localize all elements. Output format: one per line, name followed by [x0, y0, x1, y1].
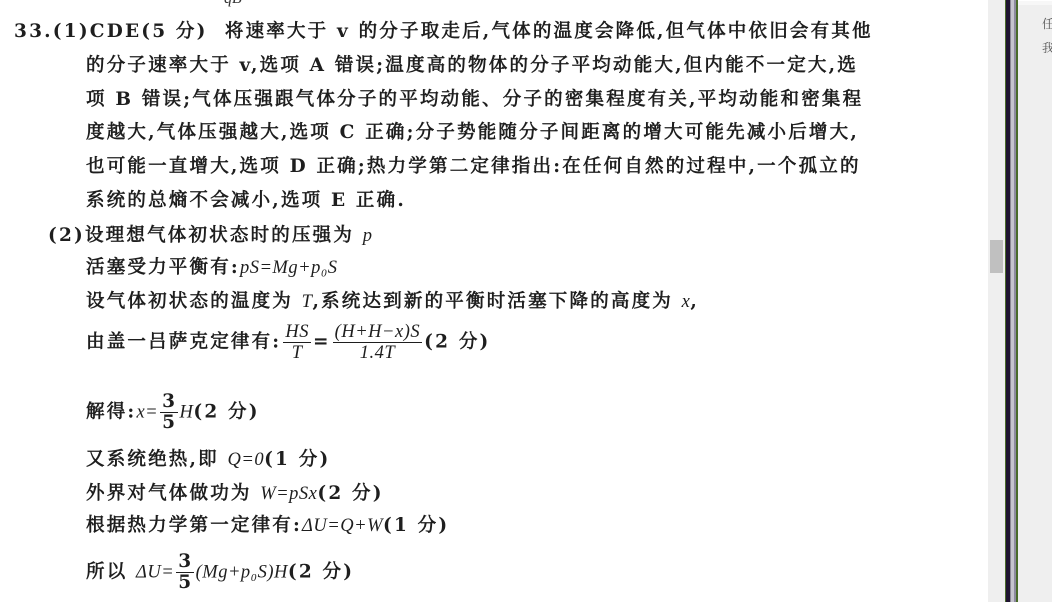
part1-label: (1)CDE(5 分) [53, 21, 208, 42]
previous-content-fragment: qB [224, 0, 242, 8]
side-panel-text: 我 [1042, 39, 1052, 56]
q33-part2-line-3: 设气体初状态的温度为 T,系统达到新的平衡时活塞下降的高度为 x, [86, 290, 699, 314]
q33-part2-line-1: (2)设理想气体初状态时的压强为 p [48, 224, 372, 248]
q33-part2-line-8: 根据热力学第一定律有:ΔU=Q+W(1 分) [86, 514, 449, 538]
score: (2 分) [193, 402, 259, 423]
score: (2 分) [288, 562, 354, 583]
q33-part2-line-6: 又系统绝热,即 Q=0(1 分) [86, 448, 330, 472]
q33-part1-line-4: 度越大,气体压强越大,选项 C 正确;分子势能随分子间距离的增大可能先减小后增大… [86, 121, 859, 145]
q33-part1-line-2: 的分子速率大于 v,选项 A 错误;温度高的物体的分子平均动能大,但内能不一定大… [86, 54, 858, 78]
equilibrium-equation: pS=Mg+p₀S [240, 258, 338, 278]
side-panel: 任 我 [1018, 0, 1052, 602]
score: (2 分) [317, 483, 383, 504]
q33-part1-line-1: 33.(1)CDE(5 分) 将速率大于 v 的分子取走后,气体的温度会降低,但… [14, 20, 873, 44]
fraction-hs-over-t: HST [283, 322, 311, 363]
score: (1 分) [264, 449, 330, 470]
q33-part2-line-5: 解得:x=35H(2 分) [86, 392, 260, 433]
fraction-gay-lussac: (H+H−x)S1.4T [333, 322, 422, 363]
q33-part2-line-9: 所以 ΔU=35(Mg+p₀S)H(2 分) [86, 552, 354, 593]
score: (2 分) [424, 332, 490, 353]
q33-part1-line-3: 项 B 错误;气体压强跟气体分子的平均动能、分子的密集程度有关,平均动能和密集程 [86, 88, 863, 112]
part2-label: (2) [48, 225, 85, 246]
q33-part2-line-2: 活塞受力平衡有:pS=Mg+p₀S [86, 256, 338, 280]
side-panel-header [1018, 1, 1052, 5]
q33-part2-line-7: 外界对气体做功为 W=pSx(2 分) [86, 482, 384, 506]
document-page: qB 33.(1)CDE(5 分) 将速率大于 v 的分子取走后,气体的温度会降… [0, 0, 987, 602]
score: (1 分) [383, 515, 449, 536]
side-panel-text: 任 [1042, 15, 1052, 32]
panel-splitter[interactable] [1005, 0, 1018, 602]
fraction-three-fifths: 35 [176, 552, 193, 593]
fraction-three-fifths: 35 [160, 392, 177, 433]
q33-part2-line-4: 由盖一吕萨克定律有:HST=(H+H−x)S1.4T(2 分) [86, 322, 490, 363]
q33-part1-line-5: 也可能一直增大,选项 D 正确;热力学第二定律指出:在任何自然的过程中,一个孤立… [86, 155, 861, 179]
q33-part1-line-6: 系统的总熵不会减小,选项 E 正确. [86, 189, 406, 213]
question-number: 33. [14, 21, 53, 42]
scrollbar-thumb[interactable] [990, 240, 1003, 273]
vertical-scrollbar[interactable] [988, 0, 1005, 602]
